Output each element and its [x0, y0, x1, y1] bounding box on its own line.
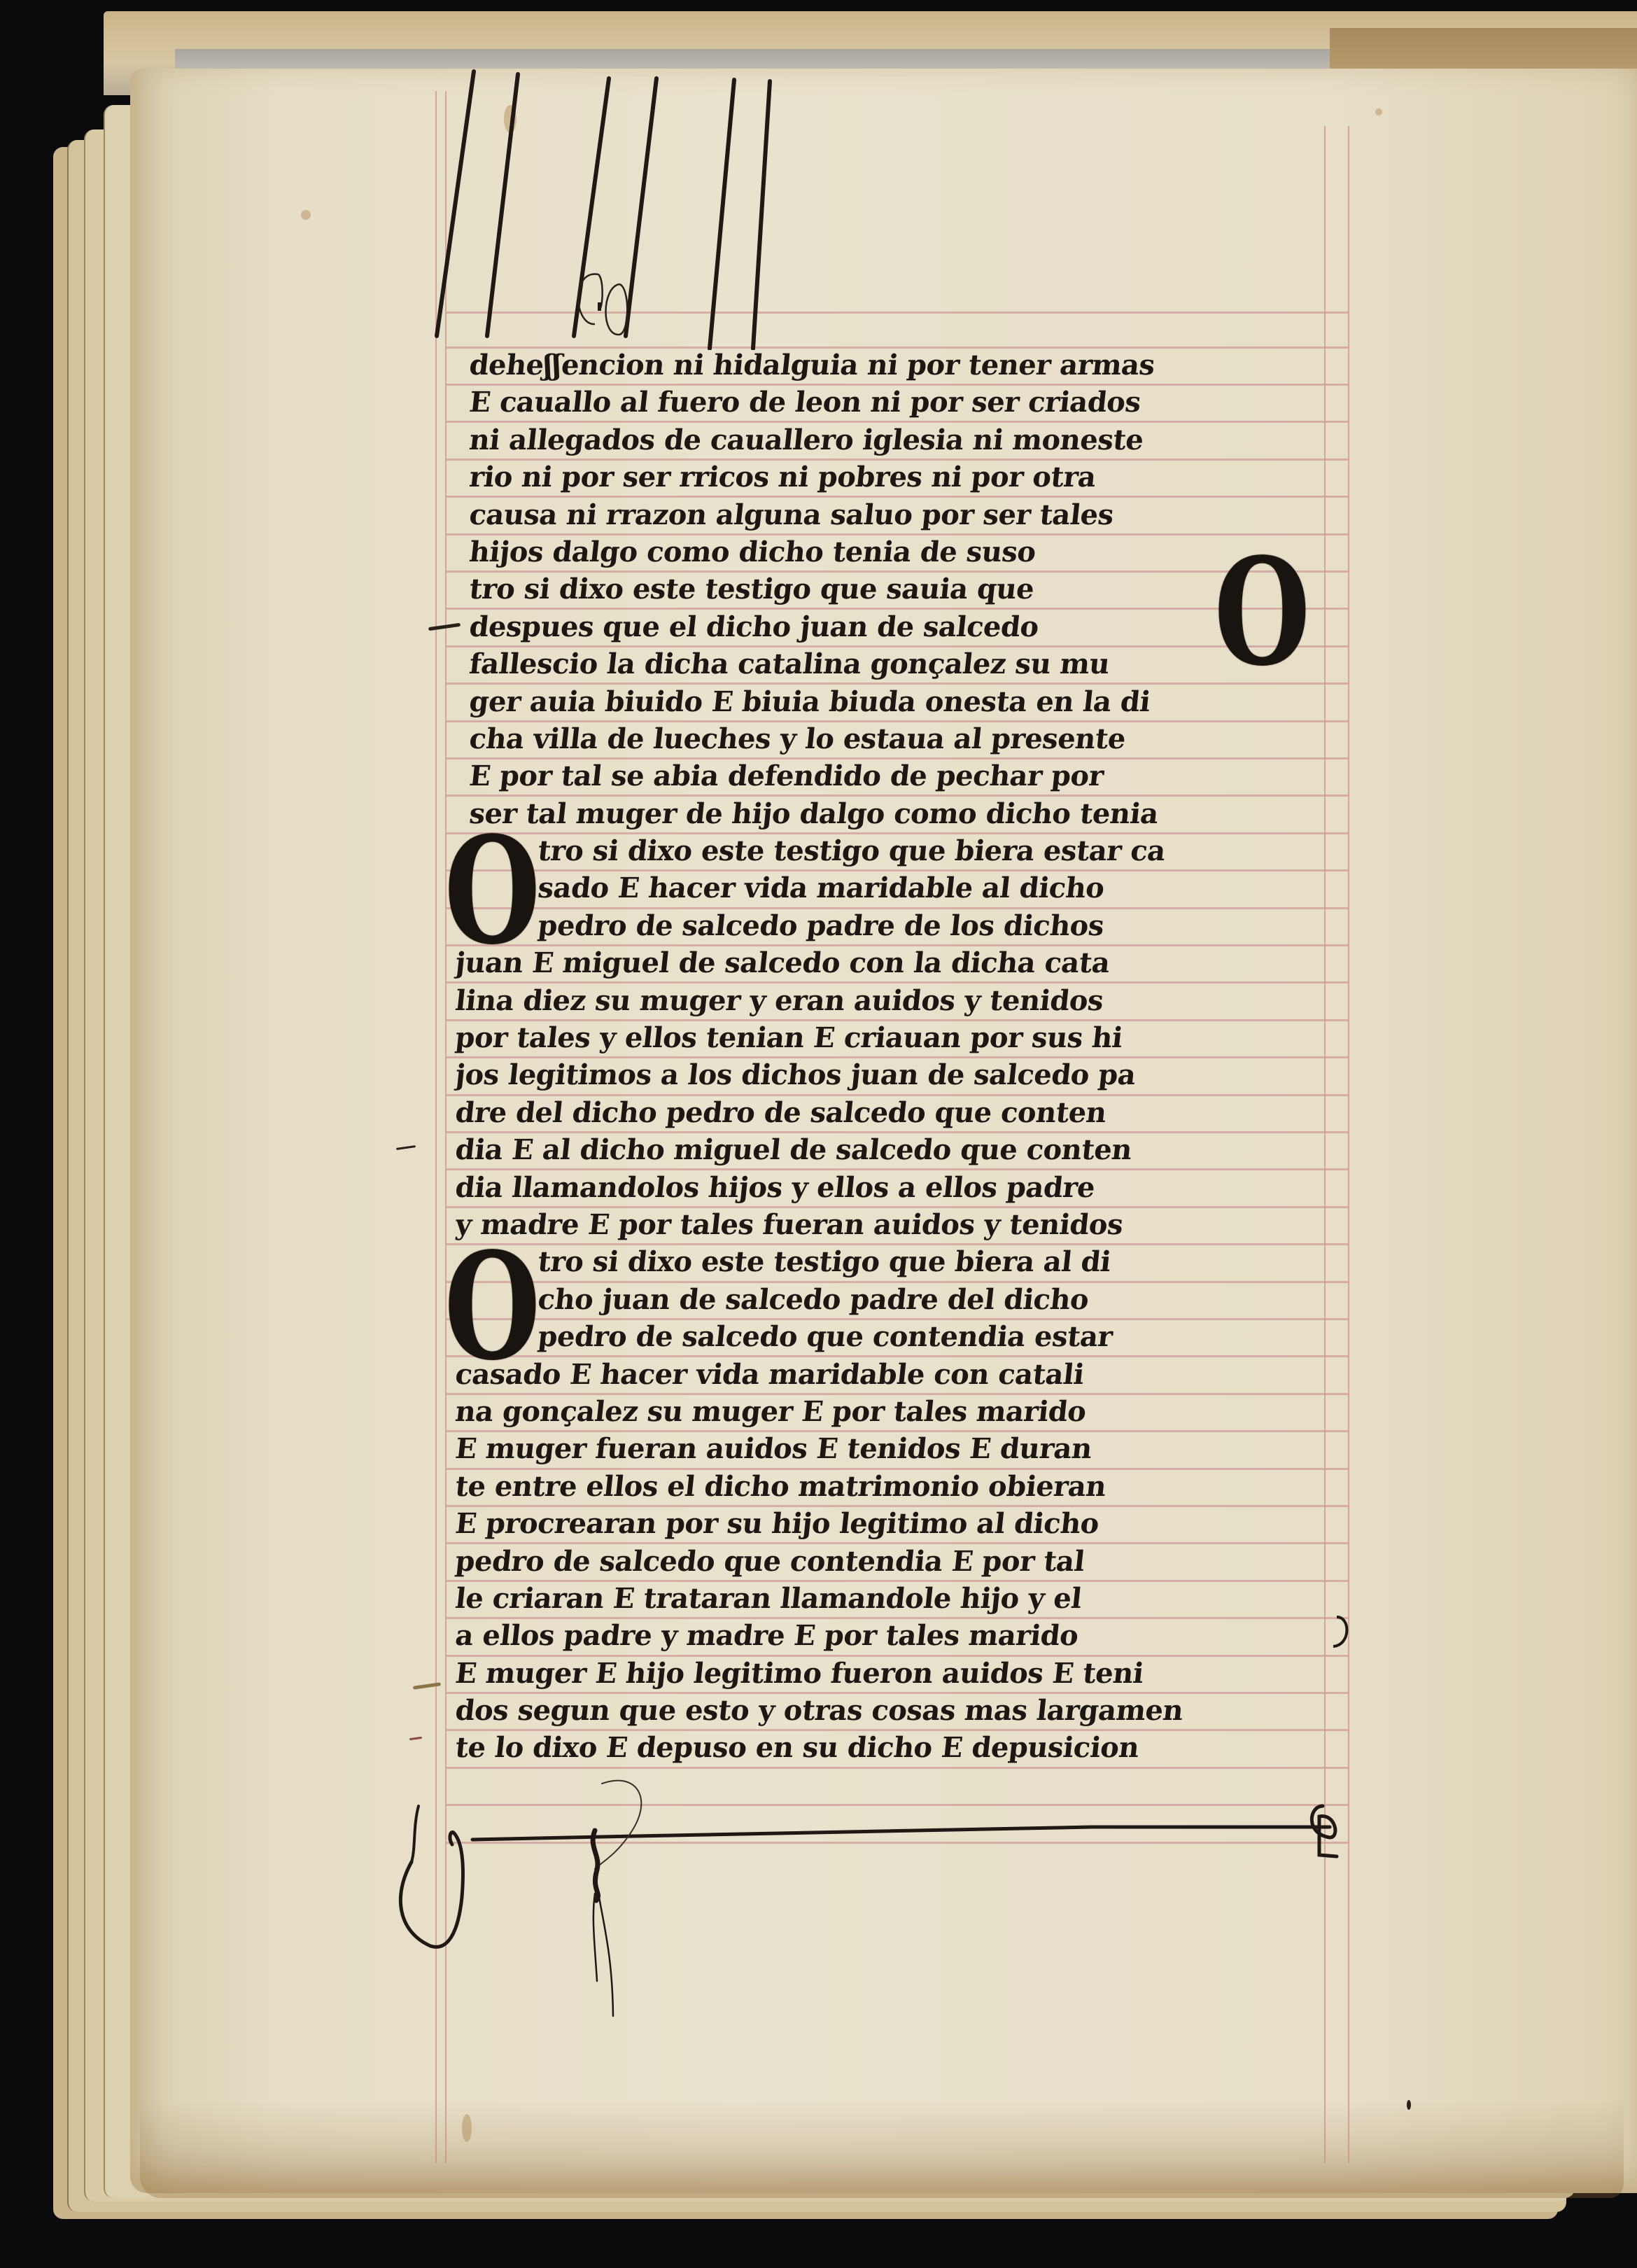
- page-bottom-edge: [140, 2100, 1624, 2198]
- text-line: pedro de salcedo padre de los dichos: [454, 907, 1361, 944]
- ruling-line: [445, 1767, 1348, 1769]
- text-line: te lo dixo E depuso en su dicho E depusi…: [454, 1729, 1361, 1766]
- text-line: cha villa de lueches y lo estaua al pres…: [454, 720, 1361, 757]
- text-line: juan E miguel de salcedo con la dicha ca…: [454, 944, 1361, 981]
- text-line: y madre E por tales fueran auidos y teni…: [454, 1206, 1361, 1243]
- text-line: cho juan de salcedo padre del dicho: [454, 1281, 1361, 1318]
- text-line: E procrearan por su hijo legitimo al dic…: [454, 1505, 1361, 1542]
- text-line: pedro de salcedo que contendia estar: [454, 1318, 1361, 1355]
- drop-cap-o: O: [444, 1233, 540, 1380]
- text-line: E muger E hijo legitimo fueron auidos E …: [454, 1655, 1361, 1692]
- stroke-icon: [753, 81, 770, 349]
- stroke-icon: [487, 74, 518, 336]
- text-line: rio ni por ser rricos ni pobres ni por o…: [454, 458, 1361, 496]
- drop-cap-o: O: [444, 818, 540, 965]
- text-line: deheʃʃencion ni hidalguia ni por tener a…: [454, 346, 1361, 384]
- stroke-icon: [437, 71, 474, 336]
- text-line: E muger fueran auidos E tenidos E duran: [454, 1430, 1361, 1467]
- drop-cap-o: O: [1214, 539, 1310, 686]
- text-line: por tales y ellos tenian E criauan por s…: [454, 1019, 1361, 1056]
- stain: [462, 2114, 472, 2142]
- text-line: na gonçalez su muger E por tales marido: [454, 1393, 1361, 1430]
- signature-rubric: [392, 1778, 1386, 2072]
- rubric-line-icon: [472, 1827, 1330, 1840]
- stain: [1407, 2100, 1411, 2110]
- stroke-icon: [710, 80, 734, 349]
- top-diagonal-strokes: [420, 56, 1400, 350]
- paraph-icon: [1312, 1806, 1337, 1856]
- stroke-icon: [626, 78, 656, 336]
- text-line: ser tal muger de hijo dalgo como dicho t…: [454, 795, 1361, 832]
- text-line: lina diez su muger y eran auidos y tenid…: [454, 982, 1361, 1019]
- cc-flourish-icon: [578, 274, 627, 335]
- text-line: sado E hacer vida maridable al dicho: [454, 869, 1361, 906]
- text-line: dos segun que esto y otras cosas mas lar…: [454, 1692, 1361, 1729]
- scroll-flourish-icon: [400, 1832, 463, 1947]
- text-line: tro si dixo este testigo que biera estar…: [454, 832, 1361, 869]
- text-line: dre del dicho pedro de salcedo que conte…: [454, 1094, 1361, 1131]
- text-line: E cauallo al fuero de leon ni por ser cr…: [454, 384, 1361, 421]
- text-line: E por tal se abia defendido de pechar po…: [454, 757, 1361, 794]
- text-line: jos legitimos a los dichos juan de salce…: [454, 1056, 1361, 1093]
- text-line: ni allegados de cauallero iglesia ni mon…: [454, 421, 1361, 458]
- stain: [301, 210, 311, 220]
- line-end-flourish-icon: [1330, 1603, 1372, 1659]
- text-line: a ellos padre y madre E por tales marido: [454, 1617, 1361, 1654]
- text-line: tro si dixo este testigo que biera al di: [454, 1243, 1361, 1280]
- text-line: casado E hacer vida maridable con catali: [454, 1356, 1361, 1393]
- text-line: pedro de salcedo que contendia E por tal: [454, 1543, 1361, 1580]
- text-line: dia llamandolos hijos y ellos a ellos pa…: [454, 1169, 1361, 1206]
- text-line: dia E al dicho miguel de salcedo que con…: [454, 1131, 1361, 1168]
- text-line: le criaran E trataran llamandole hijo y …: [454, 1580, 1361, 1617]
- text-line: te entre ellos el dicho matrimonio obier…: [454, 1468, 1361, 1505]
